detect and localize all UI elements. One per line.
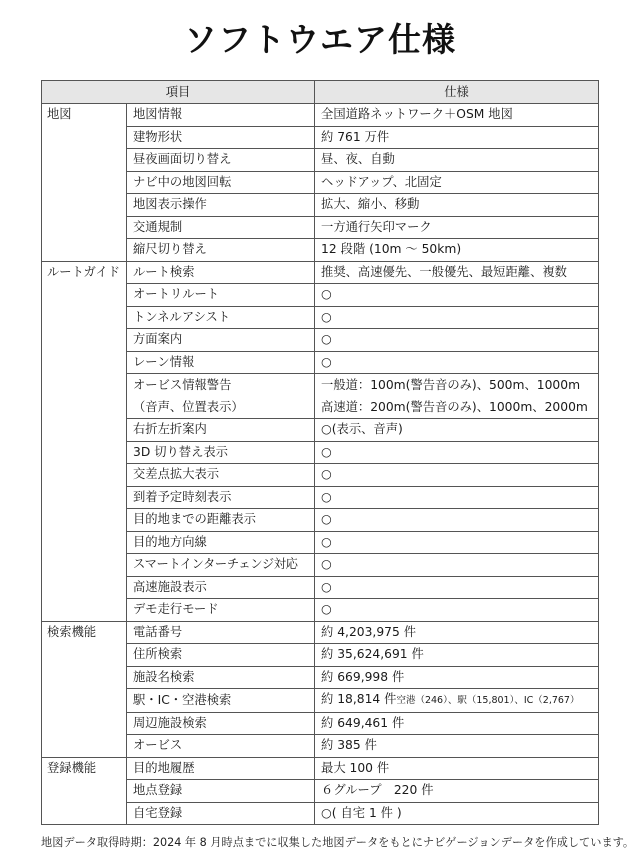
row-spec: ○ [315, 509, 599, 532]
row-item: 駅・IC・空港検索 [127, 689, 315, 713]
table-row: 登録機能 目的地履歴 最大 100 件 [42, 757, 599, 780]
row-spec: 約 4,203,975 件 [315, 621, 599, 644]
row-spec: 約 761 万件 [315, 126, 599, 149]
row-item: 周辺施設検索 [127, 712, 315, 735]
row-item: 方面案内 [127, 329, 315, 352]
row-item: スマートインターチェンジ対応 [127, 554, 315, 577]
row-item: 到着予定時刻表示 [127, 486, 315, 509]
row-item: 住所検索 [127, 644, 315, 667]
row-item: ルート検索 [127, 261, 315, 284]
category-route-guide: ルートガイド [42, 261, 127, 621]
row-item: 電話番号 [127, 621, 315, 644]
row-spec-main: 約 18,814 件 [321, 692, 396, 706]
table-row: 検索機能 電話番号 約 4,203,975 件 [42, 621, 599, 644]
page-title: ソフトウエア仕様 [0, 14, 640, 61]
table-header-row: 項目 仕様 [42, 81, 599, 104]
table-row: ルートガイド ルート検索 推奨、高速優先、一般優先、最短距離、複数 [42, 261, 599, 284]
row-spec: 一方通行矢印マーク [315, 216, 599, 239]
row-spec: ○(表示、音声) [315, 419, 599, 442]
header-item: 項目 [42, 81, 315, 104]
row-item: ナビ中の地図回転 [127, 171, 315, 194]
row-spec: ○ [315, 576, 599, 599]
row-spec: 約 35,624,691 件 [315, 644, 599, 667]
row-item-line2: （音声、位置表示） [133, 396, 308, 418]
row-item: 自宅登録 [127, 802, 315, 825]
row-item: 施設名検索 [127, 666, 315, 689]
row-spec: ○ [315, 554, 599, 577]
row-spec: 拡大、縮小、移動 [315, 194, 599, 217]
row-spec: ○ [315, 464, 599, 487]
row-spec: 約 385 件 [315, 735, 599, 758]
row-spec: 昼、夜、自動 [315, 149, 599, 172]
row-spec: 12 段階 (10m ～ 50km) [315, 239, 599, 262]
software-spec-table: 項目 仕様 地図 地図情報 全国道路ネットワーク＋OSM 地図 建物形状 約 7… [41, 80, 599, 825]
row-item: 3D 切り替え表示 [127, 441, 315, 464]
row-spec: 約 669,998 件 [315, 666, 599, 689]
row-item: 縮尺切り替え [127, 239, 315, 262]
row-spec: ○ [315, 284, 599, 307]
category-registration: 登録機能 [42, 757, 127, 825]
row-item: 目的地方向線 [127, 531, 315, 554]
row-item: 目的地までの距離表示 [127, 509, 315, 532]
row-spec: ６グループ 220 件 [315, 780, 599, 803]
row-spec: 推奨、高速優先、一般優先、最短距離、複数 [315, 261, 599, 284]
table-row: 地図 地図情報 全国道路ネットワーク＋OSM 地図 [42, 104, 599, 127]
row-item: 地図情報 [127, 104, 315, 127]
row-item: トンネルアシスト [127, 306, 315, 329]
row-spec-note: 空港（246）、駅（15,801）、IC（2,767） [396, 695, 579, 706]
row-item: 地図表示操作 [127, 194, 315, 217]
row-item: 建物形状 [127, 126, 315, 149]
row-item: オービス [127, 735, 315, 758]
row-item: 右折左折案内 [127, 419, 315, 442]
row-spec: ○( 自宅 1 件 ) [315, 802, 599, 825]
row-spec: ○ [315, 329, 599, 352]
row-item: レーン情報 [127, 351, 315, 374]
row-item-line1: オービス情報警告 [133, 374, 308, 396]
row-spec: ○ [315, 599, 599, 622]
row-item: オービス情報警告 （音声、位置表示） [127, 374, 315, 419]
row-spec-line1: 一般道：100m(警告音のみ)、500m、1000m [321, 374, 592, 396]
row-item: オートリルート [127, 284, 315, 307]
category-map: 地図 [42, 104, 127, 262]
row-spec: 約 18,814 件空港（246）、駅（15,801）、IC（2,767） [315, 689, 599, 713]
row-spec: ○ [315, 306, 599, 329]
row-item: 高速施設表示 [127, 576, 315, 599]
row-spec: ヘッドアップ、北固定 [315, 171, 599, 194]
row-spec-line2: 高速道：200m(警告音のみ)、1000m、2000m [321, 396, 592, 418]
row-item: 地点登録 [127, 780, 315, 803]
row-spec: 一般道：100m(警告音のみ)、500m、1000m 高速道：200m(警告音の… [315, 374, 599, 419]
row-spec: 最大 100 件 [315, 757, 599, 780]
row-item: 昼夜画面切り替え [127, 149, 315, 172]
row-spec: ○ [315, 441, 599, 464]
header-spec: 仕様 [315, 81, 599, 104]
footnote: 地図データ取得時期：2024 年 8 月時点までに収集した地図データをもとにナビ… [41, 834, 634, 850]
row-spec: ○ [315, 531, 599, 554]
row-item: 目的地履歴 [127, 757, 315, 780]
row-spec: 全国道路ネットワーク＋OSM 地図 [315, 104, 599, 127]
row-spec: 約 649,461 件 [315, 712, 599, 735]
row-spec: ○ [315, 351, 599, 374]
row-item: デモ走行モード [127, 599, 315, 622]
row-item: 交差点拡大表示 [127, 464, 315, 487]
row-spec: ○ [315, 486, 599, 509]
row-item: 交通規制 [127, 216, 315, 239]
category-search: 検索機能 [42, 621, 127, 757]
